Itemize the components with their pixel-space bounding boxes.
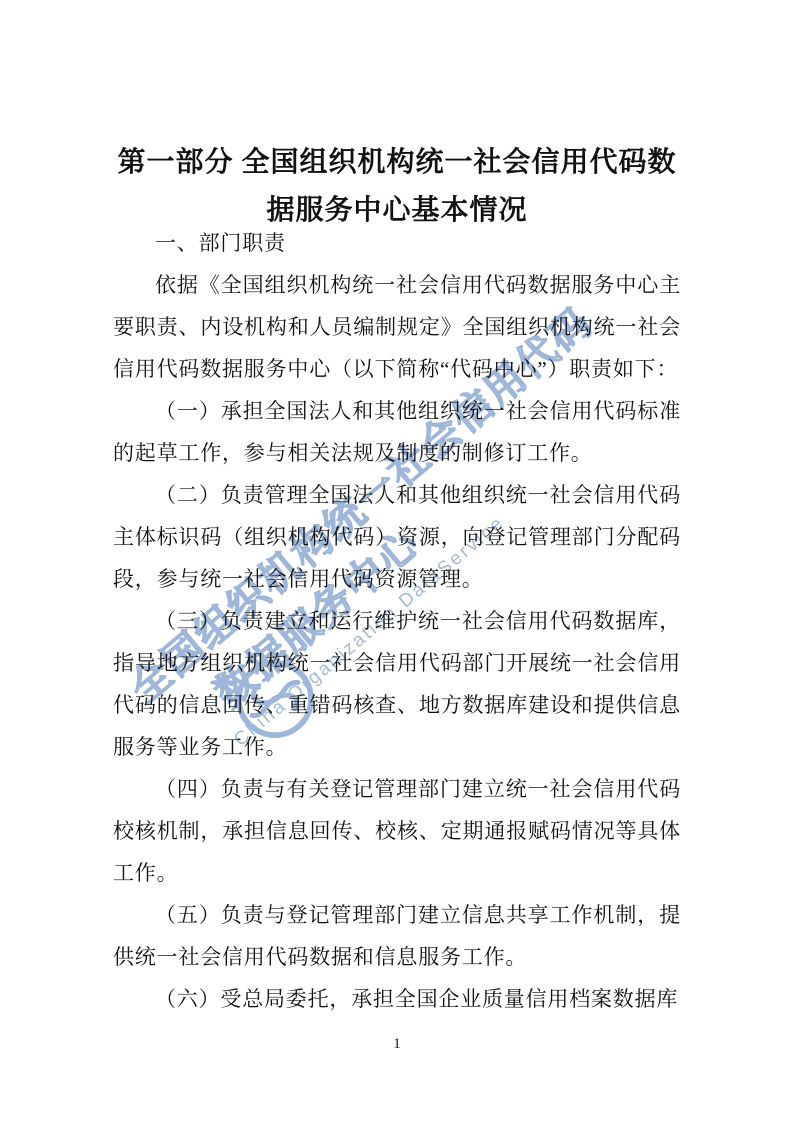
document-body: 一、部门职责 依据《全国组织机构统一社会信用代码数据服务中心主要职责、内设机构和… (113, 222, 681, 1020)
body-paragraph: （五）负责与登记管理部门建立信息共享工作机制，提供统一社会信用代码数据和信息服务… (113, 894, 681, 978)
body-paragraph: （二）负责管理全国法人和其他组织统一社会信用代码主体标识码（组织机构代码）资源，… (113, 474, 681, 600)
document-title-line1: 第一部分 全国组织机构统一社会信用代码数 (0, 139, 794, 187)
body-paragraph: （六）受总局委托，承担全国企业质量信用档案数据库 (113, 978, 681, 1020)
body-paragraph: 一、部门职责 (113, 222, 681, 264)
body-paragraph: 依据《全国组织机构统一社会信用代码数据服务中心主要职责、内设机构和人员编制规定》… (113, 264, 681, 390)
page-number: 1 (0, 1036, 794, 1053)
body-paragraph: （三）负责建立和运行维护统一社会信用代码数据库，指导地方组织机构统一社会信用代码… (113, 600, 681, 768)
document-page: 全国组织机构统一社会信用代码 数据服务中心 China Organization… (0, 0, 794, 1123)
document-title: 第一部分 全国组织机构统一社会信用代码数 据服务中心基本情况 (0, 139, 794, 235)
body-paragraph: （四）负责与有关登记管理部门建立统一社会信用代码校核机制，承担信息回传、校核、定… (113, 768, 681, 894)
body-paragraph: （一）承担全国法人和其他组织统一社会信用代码标准的起草工作，参与相关法规及制度的… (113, 390, 681, 474)
